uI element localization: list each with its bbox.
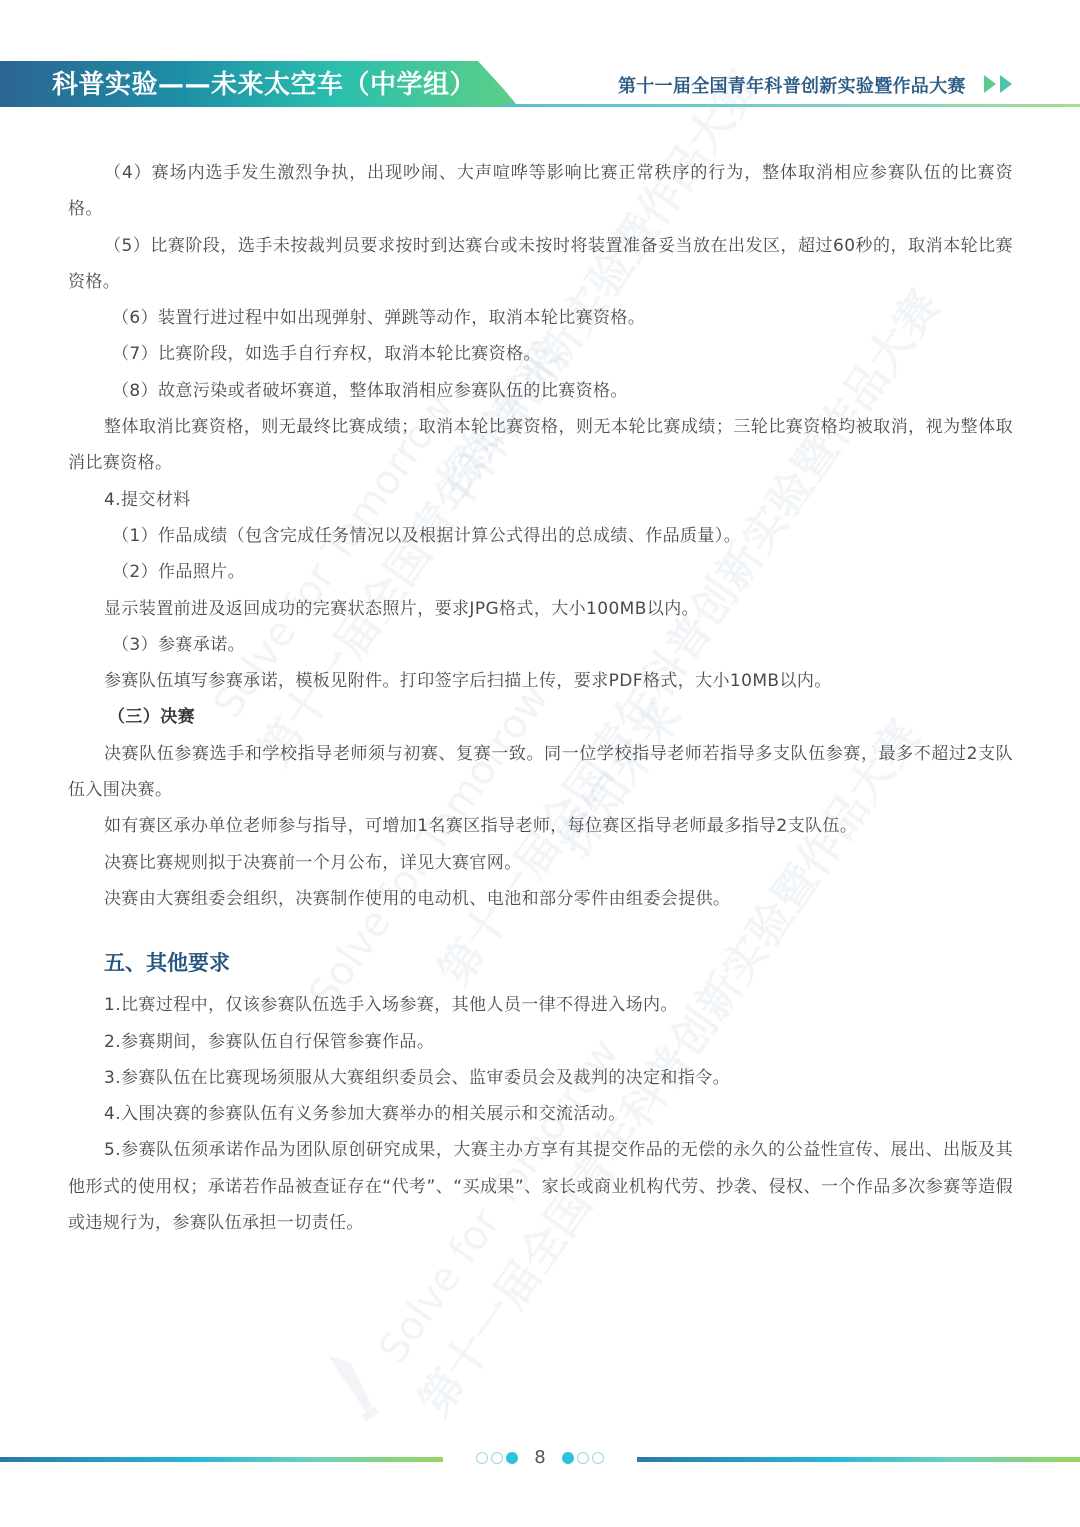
requirement-item: 1.比赛过程中，仅该参赛队伍选手入场参赛，其他人员一律不得进入场内。: [68, 987, 1013, 1023]
submission-title: 4.提交材料: [68, 482, 1013, 518]
dot-icon: [592, 1452, 604, 1464]
dot-icon: [577, 1452, 589, 1464]
page-footer: 8: [0, 1450, 1080, 1470]
rule-paragraph: （5）比赛阶段，选手未按裁判员要求按时到达赛台或未按时将装置准备妥当放在出发区，…: [68, 228, 1013, 301]
dot-icon: [491, 1452, 503, 1464]
page-header: 科普实验——未来太空车（中学组） 第十一届全国青年科普创新实验暨作品大赛: [0, 0, 1080, 120]
finals-paragraph: 如有赛区承办单位老师参与指导，可增加1名赛区指导老师，每位赛区指导老师最多指导2…: [68, 808, 1013, 844]
requirement-item: 2.参赛期间，参赛队伍自行保管参赛作品。: [68, 1024, 1013, 1060]
finals-paragraph: 决赛队伍参赛选手和学校指导老师须与初赛、复赛一致。同一位学校指导老师若指导多支队…: [68, 736, 1013, 809]
banner-stripes-decoration: [470, 61, 530, 107]
document-body: （4）赛场内选手发生激烈争执，出现吵闹、大声喧哗等影响比赛正常秩序的行为，整体取…: [68, 155, 1013, 1241]
rule-paragraph: （6）装置行进过程中如出现弹射、弹跳等动作，取消本轮比赛资格。: [68, 300, 1013, 336]
watermark-torch-icon: [320, 1350, 400, 1430]
header-divider: [500, 104, 1080, 107]
document-title: 科普实验——未来太空车（中学组）: [52, 67, 476, 103]
requirement-item: 3.参赛队伍在比赛现场须服从大赛组织委员会、监审委员会及裁判的决定和指令。: [68, 1060, 1013, 1096]
page-number: 8: [530, 1447, 550, 1468]
requirement-item: 5.参赛队伍须承诺作品为团队原创研究成果，大赛主办方享有其提交作品的无偿的永久的…: [68, 1132, 1013, 1241]
submission-item: （1）作品成绩（包含完成任务情况以及根据计算公式得出的总成绩、作品质量）。: [68, 518, 1013, 554]
dot-filled-icon: [562, 1452, 574, 1464]
submission-desc: 参赛队伍填写参赛承诺，模板见附件。打印签字后扫描上传，要求PDF格式，大小10M…: [68, 663, 1013, 699]
section-heading: 五、其他要求: [104, 947, 1013, 979]
footer-divider-left: [0, 1457, 443, 1462]
submission-item: （3）参赛承诺。: [68, 627, 1013, 663]
submission-item: （2）作品照片。: [68, 554, 1013, 590]
requirement-item: 4.入围决赛的参赛队伍有义务参加大赛举办的相关展示和交流活动。: [68, 1096, 1013, 1132]
rule-paragraph: 整体取消比赛资格，则无最终比赛成绩；取消本轮比赛资格，则无本轮比赛成绩；三轮比赛…: [68, 409, 1013, 482]
dot-filled-icon: [506, 1452, 518, 1464]
dot-icon: [476, 1452, 488, 1464]
footer-divider-right: [637, 1457, 1080, 1462]
finals-paragraph: 决赛由大赛组委会组织，决赛制作使用的电动机、电池和部分零件由组委会提供。: [68, 881, 1013, 917]
rule-paragraph: （4）赛场内选手发生激烈争执，出现吵闹、大声喧哗等影响比赛正常秩序的行为，整体取…: [68, 155, 1013, 228]
finals-paragraph: 决赛比赛规则拟于决赛前一个月公布，详见大赛官网。: [68, 845, 1013, 881]
footer-dots-right: [562, 1452, 604, 1466]
rule-paragraph: （7）比赛阶段，如选手自行弃权，取消本轮比赛资格。: [68, 336, 1013, 372]
double-play-arrow-icon: [982, 74, 1016, 94]
contest-title: 第十一届全国青年科普创新实验暨作品大赛: [618, 72, 966, 98]
rule-paragraph: （8）故意污染或者破坏赛道，整体取消相应参赛队伍的比赛资格。: [68, 373, 1013, 409]
submission-desc: 显示装置前进及返回成功的完赛状态照片，要求JPG格式，大小100MB以内。: [68, 591, 1013, 627]
footer-dots-left: [476, 1452, 518, 1466]
finals-heading: （三）决赛: [68, 699, 1013, 735]
